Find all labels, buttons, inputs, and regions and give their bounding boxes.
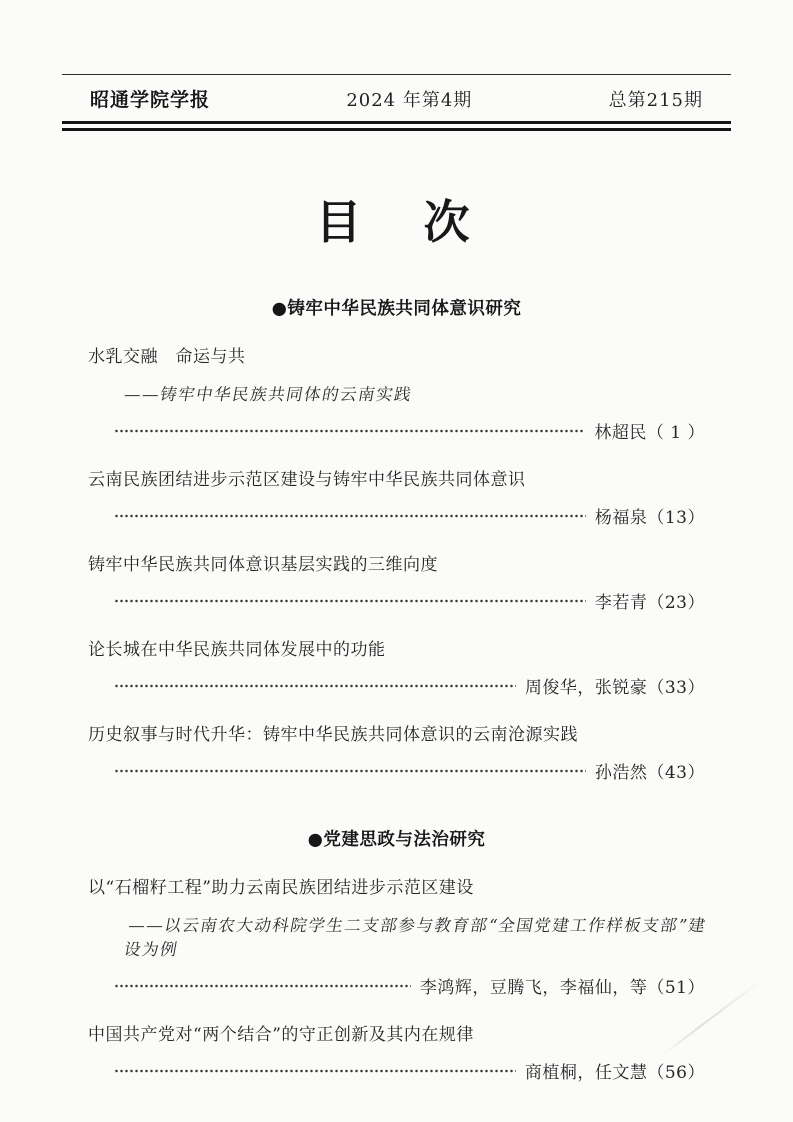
toc-entry: 铸牢中华民族共同体意识基层实践的三维向度 李若青（23） (88, 534, 705, 613)
article-authors-page: 林超民（ 1 ） (594, 418, 705, 443)
issue-label: 2024 年第4期 (346, 86, 472, 112)
article-subtitle: ——以云南农大动科院学生二支部参与教育部“全国党建工作样板支部”建设为例 (122, 914, 705, 962)
dotted-leader (114, 977, 411, 995)
toc-entry: 水乳交融 命运与共 ——铸牢中华民族共同体的云南实践 林超民（ 1 ） (88, 326, 705, 443)
toc-entry: 以“石榴籽工程”助力云南民族团结进步示范区建设 ——以云南农大动科院学生二支部参… (88, 857, 705, 998)
article-title: 铸牢中华民族共同体意识基层实践的三维向度 (88, 534, 705, 577)
dotted-leader (114, 677, 516, 695)
leader-row: 李鸿辉，豆腾飞，李福仙，等（51） (114, 973, 705, 998)
article-authors-page: 商植桐，任文慧（56） (525, 1058, 705, 1083)
leader-row: 孙浩然（43） (114, 758, 705, 783)
article-authors-page: 杨福泉（13） (595, 503, 705, 528)
article-title: 历史叙事与时代升华：铸牢中华民族共同体意识的云南沧源实践 (88, 704, 705, 747)
article-authors-page: 李若青（23） (595, 588, 705, 613)
leader-row: 林超民（ 1 ） (114, 418, 705, 443)
double-rule (62, 121, 731, 131)
article-title: 以“石榴籽工程”助力云南民族团结进步示范区建设 (88, 857, 705, 900)
dotted-leader (114, 1062, 516, 1080)
article-title: 云南民族团结进步示范区建设与铸牢中华民族共同体意识 (88, 449, 705, 492)
section-heading: ●铸牢中华民族共同体意识研究 (88, 295, 705, 320)
toc-entry: 云南民族团结进步示范区建设与铸牢中华民族共同体意识 杨福泉（13） (88, 449, 705, 528)
masthead: 昭通学院学报 2024 年第4期 总第215期 (62, 75, 731, 121)
section-heading: ●党建思政与法治研究 (88, 826, 705, 851)
toc-entry: 论长城在中华民族共同体发展中的功能 周俊华，张锐豪（33） (88, 619, 705, 698)
leader-row: 周俊华，张锐豪（33） (114, 673, 705, 698)
leader-row: 商植桐，任文慧（56） (114, 1058, 705, 1083)
article-title: 水乳交融 命运与共 (88, 326, 705, 369)
journal-toc-page: 昭通学院学报 2024 年第4期 总第215期 目 次 ●铸牢中华民族共同体意识… (0, 0, 793, 1122)
article-title: 中国共产党对“两个结合”的守正创新及其内在规律 (88, 1004, 705, 1047)
toc-entry: 中国共产党对“两个结合”的守正创新及其内在规律 商植桐，任文慧（56） (88, 1004, 705, 1083)
article-title: 论长城在中华民族共同体发展中的功能 (88, 619, 705, 662)
article-subtitle: ——铸牢中华民族共同体的云南实践 (122, 383, 705, 407)
article-subtitle-text: ——以云南农大动科院学生二支部参与教育部“全国党建工作样板支部”建设为例 (122, 914, 713, 962)
leader-row: 杨福泉（13） (114, 503, 705, 528)
dotted-leader (114, 422, 585, 440)
journal-name: 昭通学院学报 (90, 85, 210, 112)
dotted-leader (114, 507, 586, 525)
toc-entry: 历史叙事与时代升华：铸牢中华民族共同体意识的云南沧源实践 孙浩然（43） (88, 704, 705, 783)
volume-label: 总第215期 (609, 86, 703, 112)
dotted-leader (114, 762, 586, 780)
article-subtitle-text: ——铸牢中华民族共同体的云南实践 (122, 383, 414, 407)
toc-content: 目 次 ●铸牢中华民族共同体意识研究 水乳交融 命运与共 ——铸牢中华民族共同体… (0, 186, 793, 1083)
toc-title: 目 次 (88, 186, 705, 252)
dotted-leader (114, 592, 586, 610)
leader-row: 李若青（23） (114, 588, 705, 613)
article-authors-page: 孙浩然（43） (595, 758, 705, 783)
article-authors-page: 李鸿辉，豆腾飞，李福仙，等（51） (420, 973, 705, 998)
article-authors-page: 周俊华，张锐豪（33） (525, 673, 705, 698)
